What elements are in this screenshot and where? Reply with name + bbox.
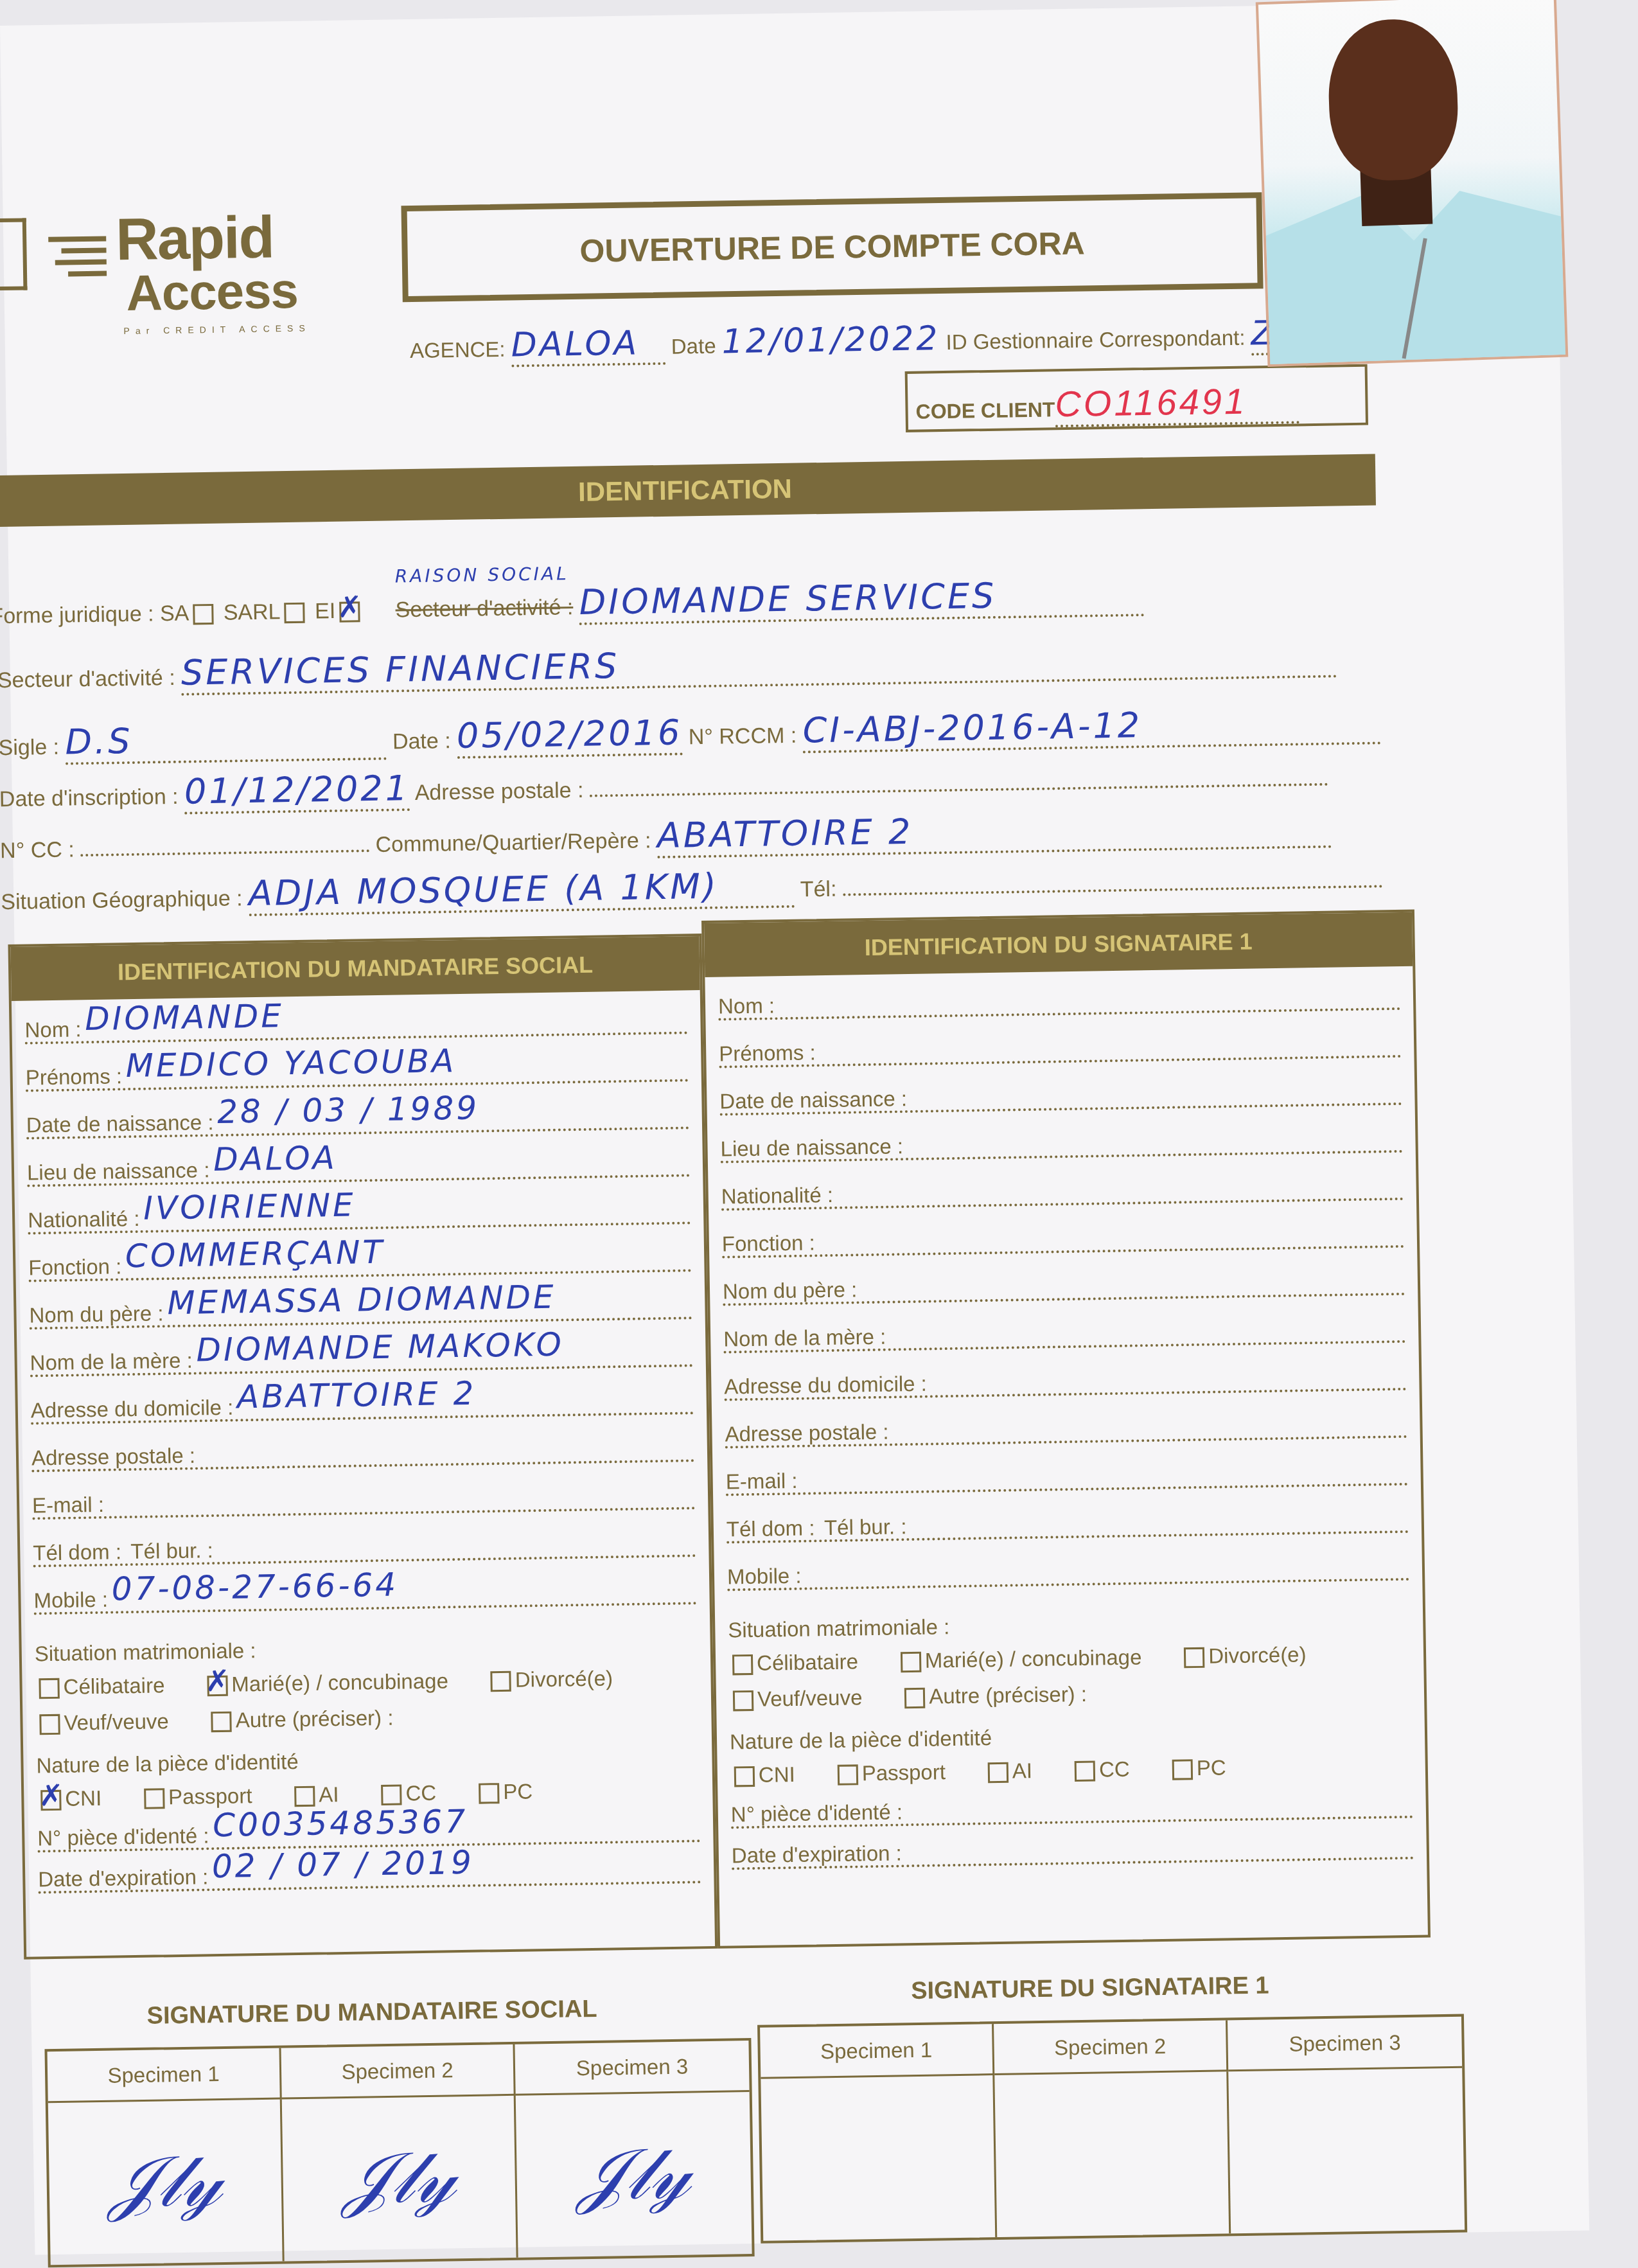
signataire-row-nom-du-pere: Nom du père :: [723, 1262, 1405, 1306]
mandataire-label-tel-bur: Tél bur. :: [125, 1538, 218, 1563]
mandataire-checkbox-veuf-veuve[interactable]: [39, 1714, 60, 1735]
mandataire-row-nationalite: Nationalité :IVOIRIENNE: [28, 1191, 691, 1234]
forme-juridique-label: Forme juridique :: [0, 601, 154, 628]
mandataire-field-expiration[interactable]: 02 / 07 / 2019: [212, 1844, 475, 1885]
signataire-label-nom-du-pere: Nom du père :: [723, 1277, 861, 1303]
signataire-label-tel-bur: Tél bur. :: [818, 1514, 911, 1539]
mandataire-checkbox-marie-e-concubinage[interactable]: [207, 1676, 227, 1696]
checkbox-ei[interactable]: [339, 601, 360, 622]
mandataire-row-nom-de-la-mere: Nom de la mère :DIOMANDE MAKOKO: [30, 1333, 693, 1377]
sigle-field[interactable]: D.S: [65, 717, 387, 765]
mandataire-row-prenoms: Prénoms :MEDICO YACOUBA: [25, 1048, 689, 1092]
mandataire-section: IDENTIFICATION DU MANDATAIRE SOCIAL Nom …: [8, 934, 718, 1960]
signature-icon: 𝒥𝓁𝓎: [576, 2132, 691, 2218]
mandataire-label-mobile: Mobile :: [33, 1588, 112, 1613]
creation-date-field[interactable]: 05/02/2016: [457, 712, 683, 759]
mandataire-label-nom: Nom :: [24, 1017, 85, 1041]
signataire-row-nom: Nom :: [718, 977, 1401, 1021]
mandataire-specimen-cell-2[interactable]: 𝒥𝓁𝓎: [282, 2096, 518, 2255]
signataire-matrimonial-options: Veuf/veuveAutre (préciser) :: [729, 1681, 1126, 1712]
signataire-piece-label: Nature de la pièce d'identité: [730, 1726, 992, 1754]
mandataire-checkbox-autre-preciser[interactable]: [211, 1712, 232, 1732]
signataire-specimen-header-1: Specimen 1: [760, 2024, 994, 2079]
signataire-option-autre-preciser[interactable]: Autre (préciser) :: [901, 1682, 1087, 1709]
mandataire-label-adresse-postale: Adresse postale :: [31, 1443, 200, 1469]
situation-geo-field[interactable]: ADJA MOSQUEE (A 1KM): [248, 865, 795, 916]
signataire-label-nom: Nom :: [718, 993, 779, 1018]
gestionnaire-label: ID Gestionnaire Correspondant:: [946, 326, 1245, 354]
signataire-row-expiration: Date d'expiration :: [731, 1826, 1414, 1870]
mandataire-piece-label-cni: CNI: [65, 1786, 101, 1811]
signataire-label-prenoms: Prénoms :: [719, 1040, 820, 1065]
signataire-option-label-autre-preciser: Autre (préciser) :: [929, 1682, 1087, 1708]
mandataire-piece-cni[interactable]: CNI: [37, 1786, 101, 1811]
signataire-row-mobile: Mobile :: [727, 1547, 1410, 1591]
secteur-field[interactable]: SERVICES FINANCIERS: [181, 634, 1338, 695]
mandataire-label-nom-de-la-mere: Nom de la mère :: [30, 1348, 197, 1374]
mandataire-piece-label: Nature de la pièce d'identité: [36, 1750, 299, 1778]
applicant-photo: [1256, 0, 1569, 367]
signataire-label-adresse-du-domicile: Adresse du domicile :: [724, 1372, 931, 1399]
form-title: OUVERTURE DE COMPTE CORA: [401, 192, 1263, 302]
signataire-specimen-cell-3[interactable]: [1228, 2068, 1465, 2234]
sigle-label: Sigle :: [0, 735, 59, 760]
agence-label: AGENCE:: [410, 337, 506, 362]
mandataire-piece-label-cc: CC: [405, 1781, 436, 1805]
signataire-option-label-veuf-veuve: Veuf/veuve: [757, 1685, 863, 1711]
signataire-title: IDENTIFICATION DU SIGNATAIRE 1: [864, 928, 1253, 961]
mandataire-field-piece-num[interactable]: C0035485367: [213, 1803, 468, 1844]
signataire-option-divorce-e[interactable]: Divorcé(e): [1180, 1642, 1307, 1668]
mandataire-row-mobile: Mobile :07-08-27-66-64: [33, 1571, 697, 1615]
signataire-piece-cc[interactable]: CC: [1071, 1757, 1130, 1782]
raison-sociale-field[interactable]: DIOMANDE SERVICES: [579, 573, 1145, 625]
signataire-label-adresse-postale: Adresse postale :: [725, 1419, 893, 1446]
mandataire-field-prenoms[interactable]: MEDICO YACOUBA: [125, 1042, 456, 1085]
mandataire-specimen-header-2: Specimen 2: [281, 2044, 515, 2100]
identification-title: IDENTIFICATION: [578, 474, 793, 508]
signataire-option-veuf-veuve[interactable]: Veuf/veuve: [729, 1685, 863, 1711]
rccm-field[interactable]: CI-ABJ-2016-A-12: [802, 701, 1381, 753]
signataire-option-label-marie-e-concubinage: Marié(e) / concubinage: [925, 1645, 1142, 1672]
signataire-row-lieu-de-naissance: Lieu de naissance :: [720, 1119, 1403, 1164]
mandataire-matrimonial-options: Veuf/veuveAutre (préciser) :: [35, 1705, 432, 1736]
mandataire-label-tel-dom: Tél dom :: [33, 1539, 125, 1564]
signataire-label-date-de-naissance: Date de naissance :: [719, 1086, 911, 1113]
date-year-field[interactable]: 22: [892, 319, 940, 359]
signataire-label-lieu-de-naissance: Lieu de naissance :: [720, 1134, 907, 1161]
signataire-checkbox-ai[interactable]: [988, 1762, 1008, 1783]
mandataire-label-fonction: Fonction :: [28, 1254, 125, 1279]
signataire-specimen-header-2: Specimen 2: [994, 2020, 1228, 2075]
mandataire-header: IDENTIFICATION DU MANDATAIRE SOCIAL: [11, 936, 700, 1001]
mandataire-piece-ai[interactable]: AI: [290, 1782, 339, 1807]
signataire-label-piece-num: N° pièce d'identé :: [731, 1800, 907, 1826]
checkbox-sarl[interactable]: [284, 603, 304, 623]
mandataire-row-date-de-naissance: Date de naissance :28 / 03 / 1989: [26, 1095, 689, 1139]
code-client-field[interactable]: CO116491: [1055, 379, 1299, 427]
signataire-row-date-de-naissance: Date de naissance :: [719, 1072, 1402, 1116]
adresse-postale-label: Adresse postale :: [414, 778, 583, 805]
mandataire-row-nom-du-pere: Nom du père :MEMASSA DIOMANDE: [29, 1286, 692, 1329]
signataire-specimen-header-3: Specimen 3: [1228, 2017, 1462, 2072]
signataire-piece-label-cc: CC: [1099, 1757, 1130, 1782]
mandataire-piece-cc[interactable]: CC: [377, 1781, 436, 1805]
signataire-piece-ai[interactable]: AI: [984, 1759, 1033, 1783]
signataire-piece-label-pc: PC: [1196, 1755, 1226, 1780]
inscription-label: Date d'inscription :: [0, 784, 179, 811]
checkbox-sa[interactable]: [193, 604, 213, 625]
signataire-piece-label-cni: CNI: [759, 1762, 795, 1787]
signataire-piece-options: CNIPassportAICCPC: [730, 1755, 1265, 1787]
mandataire-option-label-veuf-veuve: Veuf/veuve: [64, 1709, 169, 1735]
signataire-row-e-mail: E-mail :: [725, 1452, 1408, 1496]
secteur-struck-label: Secteur d'activité :: [395, 595, 573, 622]
signataire-label-nom-de-la-mere: Nom de la mère :: [723, 1324, 890, 1351]
signataire-checkbox-autre-preciser[interactable]: [904, 1688, 925, 1708]
mandataire-field-mobile[interactable]: 07-08-27-66-64: [111, 1566, 398, 1608]
signataire-row-fonction: Fonction :: [721, 1214, 1404, 1259]
mandataire-label-date-de-naissance: Date de naissance :: [26, 1110, 218, 1137]
signataire-label-nationalite: Nationalité :: [721, 1183, 837, 1209]
mandataire-piece-label-passport: Passport: [168, 1784, 252, 1809]
signature-icon: 𝒥𝓁𝓎: [342, 2136, 456, 2221]
signataire-row-piece-num: N° pièce d'identé :: [730, 1785, 1413, 1829]
signataire-specimen-cell-1[interactable]: [761, 2075, 997, 2241]
mandataire-option-veuf-veuve[interactable]: Veuf/veuve: [35, 1709, 169, 1735]
secteur-row: Secteur d'activité : SERVICES FINANCIERS: [0, 634, 1337, 698]
mandataire-option-label-celibataire: Célibataire: [63, 1673, 164, 1698]
mandataire-option-celibataire[interactable]: Célibataire: [35, 1673, 164, 1699]
mandataire-option-marie-e-concubinage[interactable]: Marié(e) / concubinage: [203, 1669, 448, 1696]
signataire-checkbox-marie-e-concubinage[interactable]: [901, 1652, 921, 1672]
forme-option-label-ei: EI: [315, 599, 336, 623]
signataire-header: IDENTIFICATION DU SIGNATAIRE 1: [704, 912, 1413, 977]
photo-head: [1326, 17, 1460, 182]
code-client-label: CODE CLIENT: [915, 398, 1055, 423]
mandataire-field-adresse-du-domicile[interactable]: ABATTOIRE 2: [237, 1375, 477, 1416]
mandataire-row-fonction: Fonction :COMMERÇANT: [28, 1238, 692, 1282]
mandataire-field-nationalite[interactable]: IVOIRIENNE: [143, 1187, 356, 1227]
mandataire-checkbox-divorce-e[interactable]: [491, 1671, 511, 1692]
mandataire-label-adresse-du-domicile: Adresse du domicile :: [31, 1395, 238, 1422]
mandataire-piece-pc[interactable]: PC: [475, 1779, 533, 1803]
mandataire-option-divorce-e[interactable]: Divorcé(e): [487, 1666, 613, 1692]
signataire-checkbox-veuf-veuve[interactable]: [733, 1690, 753, 1711]
situation-geo-label: Situation Géographique :: [1, 886, 243, 914]
mandataire-label-piece-num: N° pièce d'identé :: [37, 1823, 213, 1850]
signataire-section: IDENTIFICATION DU SIGNATAIRE 1 Nom :Prén…: [701, 910, 1431, 1949]
signataire-piece-label-ai: AI: [1012, 1759, 1033, 1782]
signataire-checkbox-pc[interactable]: [1172, 1759, 1193, 1780]
signataire-specimen-cell-2[interactable]: [994, 2071, 1231, 2237]
signataire-checkbox-celibataire[interactable]: [732, 1654, 753, 1675]
signataire-option-celibataire[interactable]: Célibataire: [728, 1649, 858, 1675]
secteur-label: Secteur d'activité :: [0, 666, 175, 693]
signataire-checkbox-cni[interactable]: [734, 1766, 755, 1787]
mandataire-label-expiration: Date d'expiration :: [38, 1865, 213, 1891]
creation-date-label: Date :: [392, 729, 451, 754]
logo-icon: [0, 218, 27, 290]
mandataire-specimen-cell-3[interactable]: 𝒥𝓁𝓎: [516, 2092, 752, 2255]
mandataire-specimen-header-3: Specimen 3: [515, 2041, 749, 2096]
agence-field[interactable]: DALOA: [511, 324, 665, 368]
signataire-signature-title: SIGNATURE DU SIGNATAIRE 1: [911, 1972, 1269, 2005]
raison-sociale-group: RAISON SOCIAL Secteur d'activité : DIOMA…: [395, 586, 1145, 622]
mandataire-label-e-mail: E-mail :: [32, 1493, 108, 1518]
signataire-piece-pc[interactable]: PC: [1168, 1755, 1226, 1780]
logo-speed-lines-icon: [48, 229, 113, 283]
forme-option-label-sarl: SARL: [223, 599, 280, 625]
signataire-checkbox-passport[interactable]: [838, 1765, 858, 1785]
mandataire-matrimonial-label: Situation matrimoniale :: [35, 1638, 256, 1666]
mandataire-label-prenoms: Prénoms :: [25, 1064, 126, 1089]
signataire-row-tel-dom: Tél dom : Tél bur. :: [726, 1500, 1409, 1544]
mandataire-checkbox-cni[interactable]: [40, 1790, 61, 1811]
mandataire-row-adresse-postale: Adresse postale :: [31, 1428, 695, 1472]
signataire-signature-grid: Specimen 1Specimen 2Specimen 3: [757, 2014, 1467, 2244]
signataire-label-expiration: Date d'expiration :: [732, 1841, 906, 1867]
mandataire-checkbox-ai[interactable]: [294, 1786, 315, 1807]
signataire-option-label-celibataire: Célibataire: [757, 1649, 858, 1674]
mandataire-row-expiration: Date d'expiration :02 / 07 / 2019: [38, 1850, 701, 1893]
tel-field[interactable]: [843, 885, 1382, 896]
logo-tagline: Par CREDIT ACCESS: [123, 323, 310, 336]
mandataire-row-tel-dom: Tél dom : Tél bur. :: [33, 1523, 696, 1567]
mandataire-specimen-header-1: Specimen 1: [48, 2048, 282, 2104]
mandataire-option-label-autre-preciser: Autre (préciser) :: [235, 1706, 393, 1732]
commune-label: Commune/Quartier/Repère :: [375, 828, 651, 857]
mandataire-title: IDENTIFICATION DU MANDATAIRE SOCIAL: [118, 952, 594, 986]
mandataire-matrimonial-options: CélibataireMarié(e) / concubinageDivorcé…: [35, 1665, 651, 1699]
form-title-text: OUVERTURE DE COMPTE CORA: [579, 225, 1085, 270]
signataire-label-e-mail: E-mail :: [725, 1469, 801, 1494]
forme-juridique-row: Forme juridique : SA SARL EI RAISON SOCI…: [0, 573, 1145, 634]
mandataire-field-nom-de-la-mere[interactable]: DIOMANDE MAKOKO: [196, 1325, 564, 1369]
mandataire-row-adresse-du-domicile: Adresse du domicile :ABATTOIRE 2: [30, 1381, 694, 1424]
signataire-label-fonction: Fonction :: [722, 1230, 819, 1255]
logo-access: Access: [126, 265, 298, 318]
mandataire-label-nom-du-pere: Nom du père :: [29, 1301, 168, 1327]
account-opening-form: Rapid Access Par CREDIT ACCESS OUVERTURE…: [0, 1, 1589, 2255]
mandataire-label-lieu-de-naissance: Lieu de naissance :: [27, 1158, 214, 1185]
mandataire-field-fonction[interactable]: COMMERÇANT: [125, 1234, 385, 1275]
mandataire-piece-label-pc: PC: [503, 1779, 533, 1803]
mandataire-signature-title: SIGNATURE DU MANDATAIRE SOCIAL: [146, 1996, 597, 2030]
logo-rapid: Rapid: [116, 208, 274, 269]
mandataire-field-nom-du-pere[interactable]: MEMASSA DIOMANDE: [167, 1279, 556, 1322]
signataire-label-tel-dom: Tél dom :: [727, 1516, 819, 1541]
signataire-row-nom-de-la-mere: Nom de la mère :: [723, 1309, 1406, 1354]
raison-sociale-annotation: RAISON SOCIAL: [395, 563, 569, 587]
mandataire-row-lieu-de-naissance: Lieu de naissance :DALOA: [27, 1143, 691, 1187]
mandataire-option-label-divorce-e: Divorcé(e): [515, 1666, 613, 1691]
mandataire-piece-label-ai: AI: [319, 1782, 339, 1806]
signataire-matrimonial-label: Situation matrimoniale :: [728, 1615, 949, 1642]
signataire-row-adresse-postale: Adresse postale :: [725, 1404, 1407, 1449]
mandataire-field-lieu-de-naissance[interactable]: DALOA: [213, 1139, 337, 1178]
inscription-field[interactable]: 01/12/2021: [184, 768, 410, 815]
mandataire-field-date-de-naissance[interactable]: 28 / 03 / 1989: [217, 1089, 480, 1130]
mandataire-specimen-cell-1[interactable]: 𝒥𝓁𝓎: [48, 2100, 285, 2255]
agence-row: AGENCE: DALOA Date 12/01/2022 ID Gestion…: [409, 314, 1298, 369]
mandataire-label-nationalite: Nationalité :: [28, 1207, 144, 1232]
signataire-label-mobile: Mobile :: [727, 1564, 806, 1589]
signataire-piece-cni[interactable]: CNI: [730, 1762, 795, 1787]
mandataire-piece-passport[interactable]: Passport: [140, 1784, 252, 1809]
signataire-matrimonial-options: CélibataireMarié(e) / concubinageDivorcé…: [728, 1642, 1345, 1676]
signataire-option-marie-e-concubinage[interactable]: Marié(e) / concubinage: [897, 1645, 1142, 1672]
forme-juridique-options: SA SARL EI: [160, 598, 370, 626]
cc-field[interactable]: [80, 849, 369, 856]
date-field[interactable]: 12/01/20: [721, 320, 892, 361]
mandataire-field-nom[interactable]: DIOMANDE: [85, 997, 284, 1038]
signataire-row-adresse-du-domicile: Adresse du domicile :: [724, 1357, 1407, 1401]
mandataire-row-e-mail: E-mail :: [32, 1476, 696, 1519]
mandataire-row-nom: Nom :DIOMANDE: [24, 1000, 688, 1044]
rccm-label: N° RCCM :: [689, 723, 797, 750]
mandataire-signature-grid: Specimen 1Specimen 2Specimen 3𝒥𝓁𝓎𝒥𝓁𝓎𝒥𝓁𝓎: [44, 2038, 754, 2255]
mandataire-checkbox-pc[interactable]: [479, 1783, 499, 1803]
signataire-piece-label-passport: Passport: [861, 1760, 946, 1785]
signataire-row-nationalite: Nationalité :: [721, 1167, 1404, 1211]
mandataire-option-label-marie-e-concubinage: Marié(e) / concubinage: [231, 1669, 448, 1696]
identification-header: IDENTIFICATION: [0, 454, 1376, 527]
mandataire-checkbox-celibataire[interactable]: [39, 1678, 59, 1699]
adresse-postale-field[interactable]: [590, 783, 1328, 797]
mandataire-option-autre-preciser[interactable]: Autre (préciser) :: [207, 1706, 393, 1733]
signataire-row-prenoms: Prénoms :: [719, 1024, 1402, 1068]
signataire-piece-passport[interactable]: Passport: [833, 1760, 946, 1785]
tel-label: Tél:: [800, 877, 836, 902]
mandataire-checkbox-cc[interactable]: [381, 1785, 401, 1805]
signature-icon: 𝒥𝓁𝓎: [108, 2140, 222, 2225]
forme-option-label-sa: SA: [160, 601, 189, 626]
signataire-option-label-divorce-e: Divorcé(e): [1208, 1642, 1307, 1667]
mandataire-checkbox-passport[interactable]: [144, 1789, 164, 1809]
signataire-checkbox-cc[interactable]: [1075, 1761, 1095, 1782]
code-client-box: CODE CLIENTCO116491: [905, 364, 1368, 432]
commune-field[interactable]: ABATTOIRE 2: [656, 805, 1332, 858]
cc-label: N° CC :: [0, 837, 75, 863]
signataire-checkbox-divorce-e[interactable]: [1184, 1647, 1204, 1668]
date-label: Date: [671, 334, 716, 359]
